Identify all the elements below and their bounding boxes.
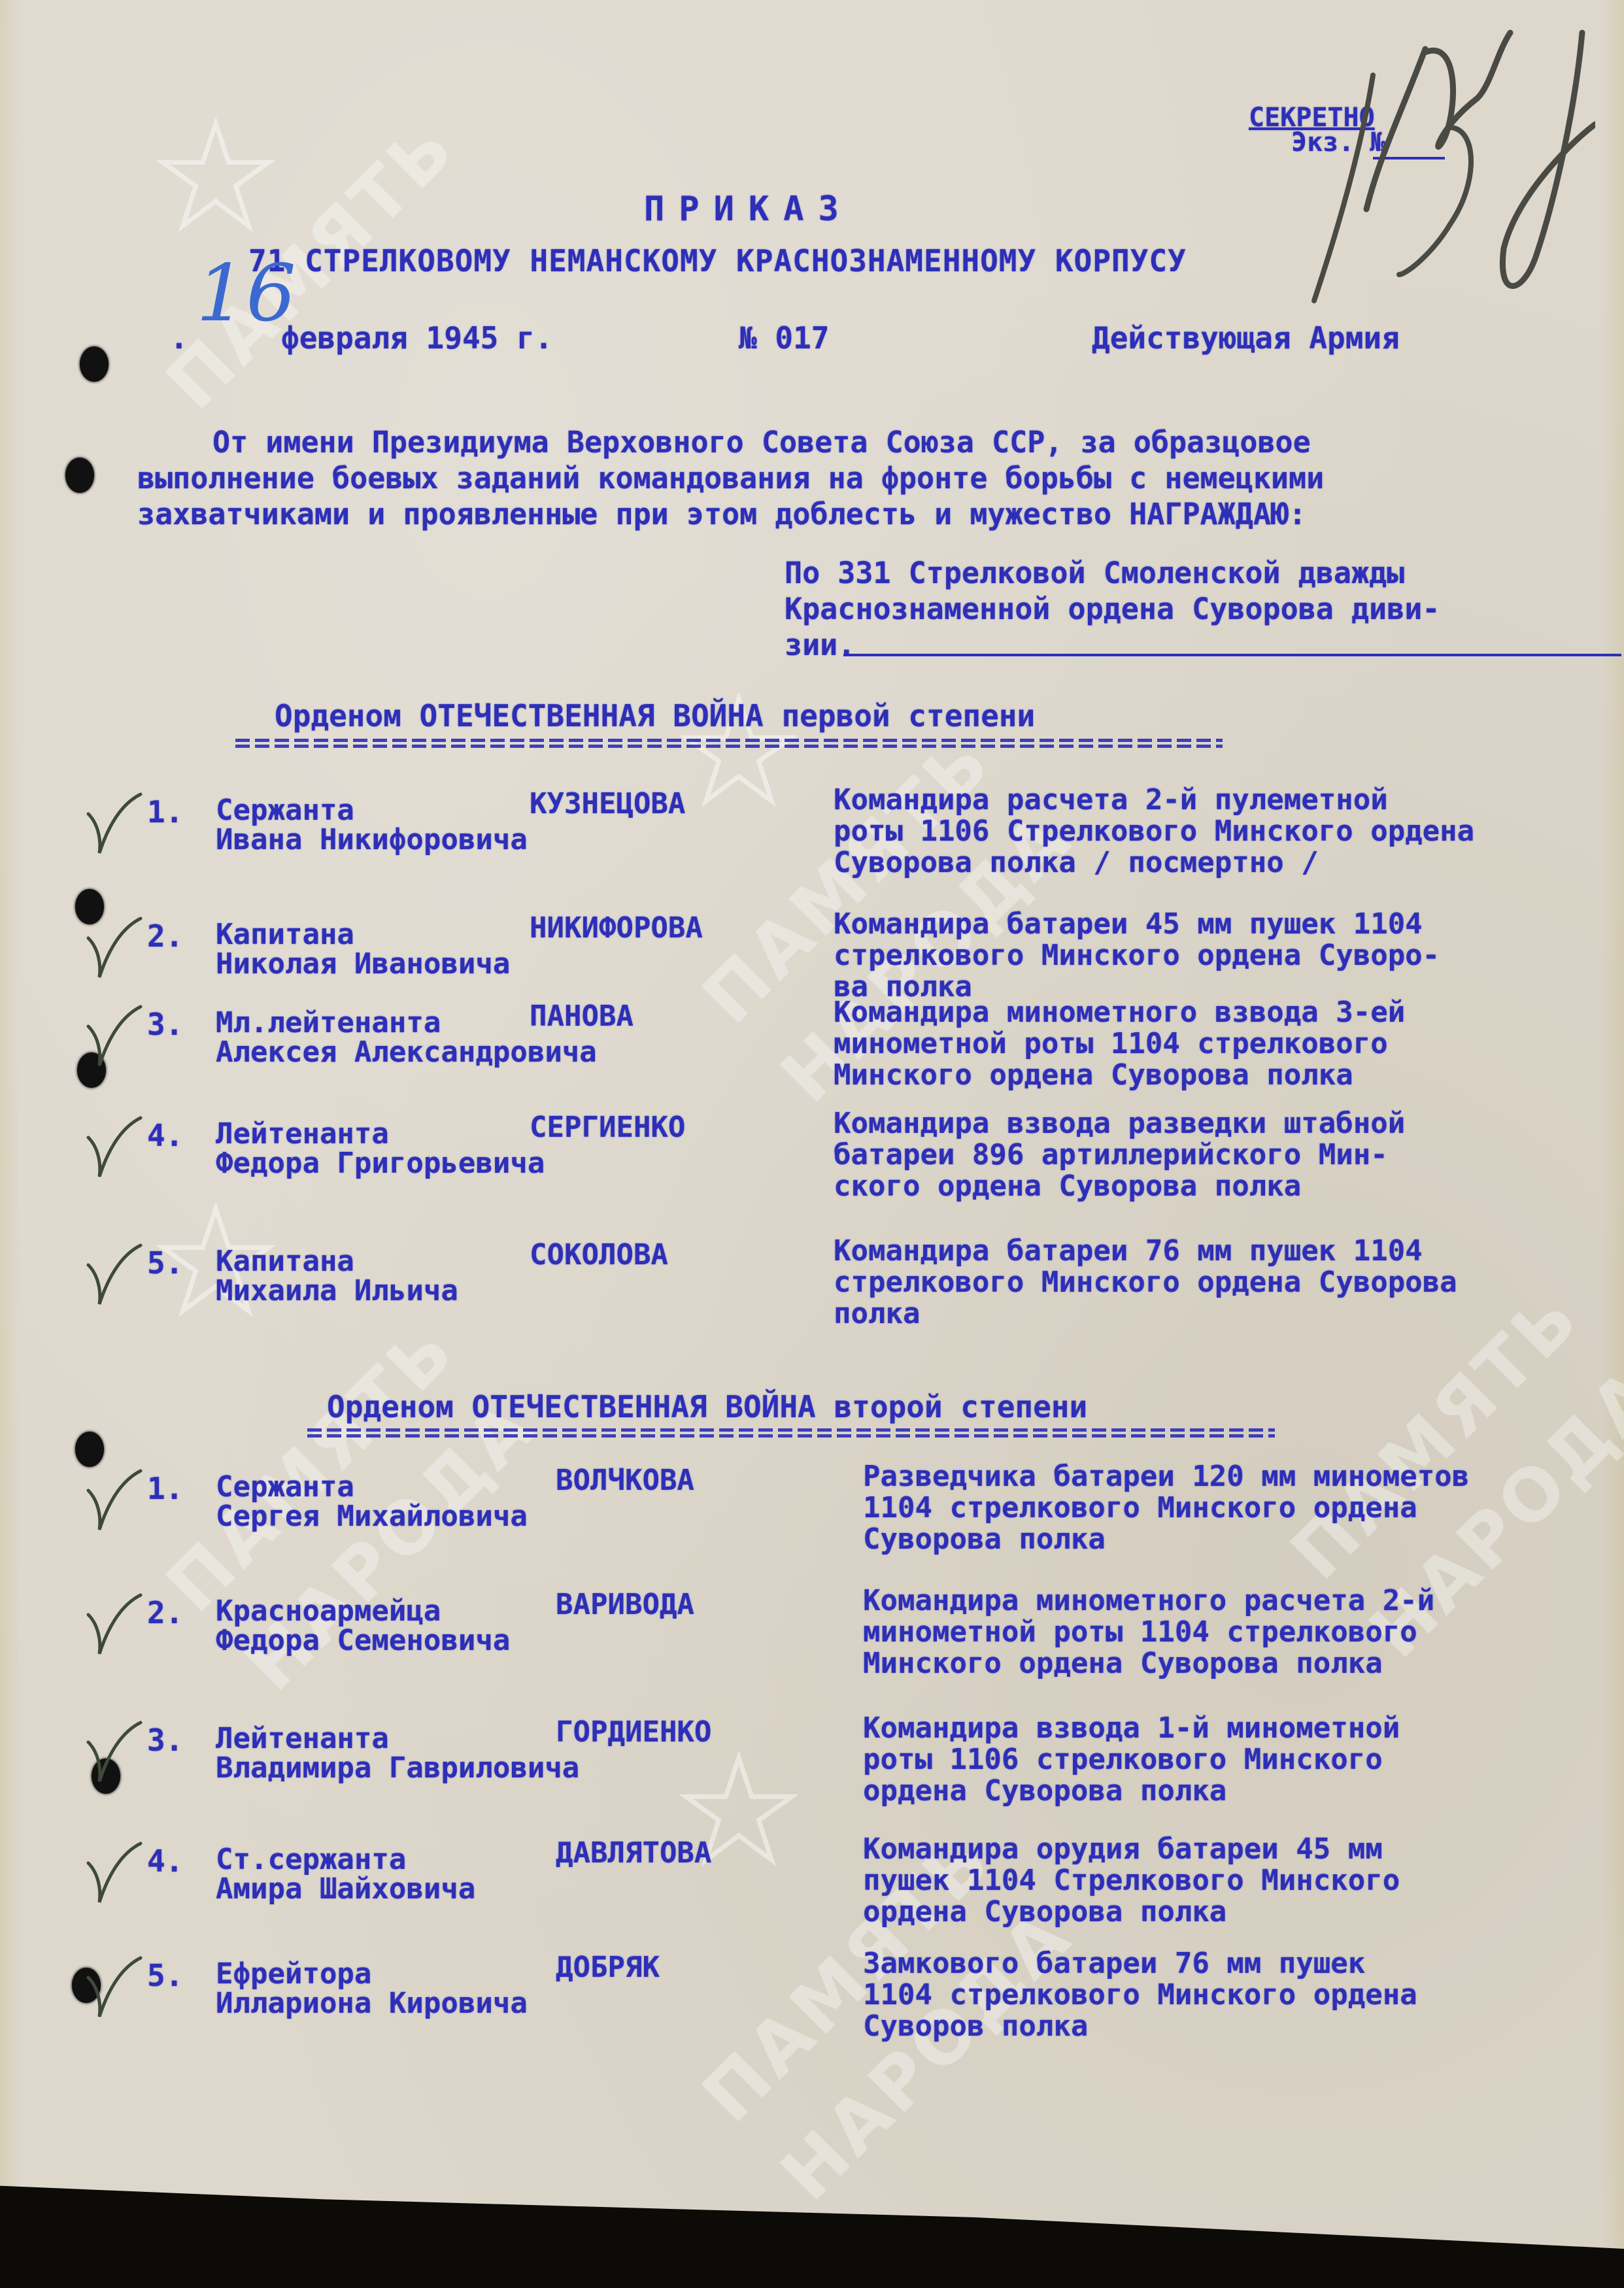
entry-position-line: Минского ордена Суворова полка — [834, 1060, 1353, 1091]
entry-rank: Капитана — [216, 1245, 354, 1278]
section-divider — [307, 1428, 1275, 1438]
entry-number: 2. — [147, 918, 183, 954]
entry-position-line: Замкового батареи 76 мм пушек — [863, 1948, 1365, 1979]
entry-number: 4. — [147, 1843, 183, 1879]
watermark-star-icon — [157, 118, 275, 235]
checkmark-icon — [85, 1951, 144, 2023]
division-heading-line: По 331 Стрелковой Смоленской дважды — [785, 556, 1404, 591]
document-title: ПРИКАЗ — [644, 190, 853, 229]
preamble-line: От имени Президиума Верховного Совета Со… — [212, 425, 1311, 460]
entry-number: 1. — [147, 794, 183, 830]
entry-given-names: Владимира Гавриловича — [216, 1752, 579, 1785]
checkmark-icon — [85, 1000, 144, 1072]
entry-given-names: Сергея Михайловича — [216, 1500, 528, 1533]
entry-number: 1. — [147, 1471, 183, 1506]
entry-position-line: Командира батареи 45 мм пушек 1104 — [834, 909, 1423, 940]
entry-position-line: 1104 стрелкового Минского ордена — [863, 1492, 1417, 1524]
entry-surname: ВАРИВОДА — [556, 1589, 694, 1621]
document-page: ПАМЯТЬ ПАМЯТЬ НАРОДА ПАМЯТЬ НАРОДА ПАМЯТ… — [0, 0, 1624, 2249]
entry-position-line: Минского ордена Суворова полка — [863, 1648, 1383, 1679]
entry-position-line: батареи 896 артиллерийского Мин- — [834, 1139, 1388, 1171]
entry-surname: ДАВЛЯТОВА — [556, 1837, 711, 1870]
entry-surname: ПАНОВА — [530, 1000, 634, 1033]
entry-number: 4. — [147, 1118, 183, 1153]
preamble-line: захватчиками и проявленные при этом добл… — [137, 497, 1306, 532]
checkmark-icon — [85, 1111, 144, 1183]
entry-given-names: Николая Ивановича — [216, 948, 510, 981]
division-heading-line: Краснознаменной ордена Суворова диви- — [785, 592, 1440, 627]
entry-position-line: Командира взвода 1-й минометной — [863, 1713, 1400, 1744]
checkmark-icon — [85, 1589, 144, 1660]
preamble-line: выполнение боевых заданий командования н… — [137, 461, 1324, 496]
entry-position-line: 1104 стрелкового Минского ордена — [863, 1979, 1417, 2011]
entry-position-line: Суворова полка — [863, 1524, 1106, 1555]
entry-number: 3. — [147, 1723, 183, 1758]
entry-rank: Сержанта — [216, 794, 354, 827]
entry-position-line: минометной роты 1104 стрелкового — [834, 1028, 1388, 1060]
entry-given-names: Амира Шайховича — [216, 1873, 475, 1906]
entry-position-line: Суворова полка / посмертно / — [834, 847, 1319, 879]
entry-position-line: стрелкового Минского ордена Суворо- — [834, 940, 1440, 971]
date-quote-open: . — [170, 320, 188, 356]
entry-position-line: Командира минометного взвода 3-ей — [834, 997, 1405, 1028]
section-divider — [235, 739, 1223, 748]
entry-position-line: стрелкового Минского ордена Суворова — [834, 1267, 1457, 1298]
punch-hole — [75, 1432, 104, 1467]
entry-position-line: Командира взвода разведки штабной — [834, 1108, 1405, 1139]
entry-rank: Сержанта — [216, 1471, 354, 1504]
entry-rank: Ефрейтора — [216, 1958, 371, 1991]
entry-given-names: Ивана Никифоровича — [216, 824, 528, 856]
division-heading-line: зии. — [785, 628, 855, 663]
entry-number: 3. — [147, 1007, 183, 1042]
entry-rank: Капитана — [216, 918, 354, 951]
punch-hole — [80, 346, 109, 382]
location: Действующая Армия — [1092, 320, 1400, 356]
entry-surname: ДОБРЯК — [556, 1951, 660, 1984]
checkmark-icon — [85, 1239, 144, 1311]
entry-given-names: Федора Семеновича — [216, 1624, 510, 1657]
section-title: Орденом ОТЕЧЕСТВЕННАЯ ВОЙНА второй степе… — [327, 1389, 1087, 1424]
checkmark-icon — [85, 788, 144, 860]
entry-position-line: роты 1106 стрелкового Минского — [863, 1744, 1383, 1775]
addressee: 71 СТРЕЛКОВОМУ НЕМАНСКОМУ КРАСНОЗНАМЕННО… — [248, 243, 1187, 278]
order-number: № 017 — [739, 320, 829, 356]
entry-rank: Мл.лейтенанта — [216, 1007, 441, 1039]
entry-position-line: Командира орудия батареи 45 мм — [863, 1834, 1383, 1865]
entry-position-line: ского ордена Суворова полка — [834, 1171, 1301, 1202]
entry-number: 5. — [147, 1245, 183, 1281]
entry-rank: Лейтенанта — [216, 1723, 389, 1755]
entry-position-line: Командира расчета 2-й пулеметной — [834, 784, 1388, 816]
date-text: февраля 1945 г. — [281, 320, 552, 356]
division-heading-underline — [843, 654, 1621, 656]
entry-surname: СЕРГИЕНКО — [530, 1111, 685, 1144]
entry-position-line: Командира батареи 76 мм пушек 1104 — [834, 1236, 1423, 1267]
section-title: Орденом ОТЕЧЕСТВЕННАЯ ВОЙНА первой степе… — [275, 698, 1035, 733]
entry-given-names: Михаила Ильича — [216, 1275, 458, 1307]
entry-position-line: полка — [834, 1298, 920, 1330]
entry-position-line: Разведчика батареи 120 мм минометов — [863, 1461, 1469, 1492]
entry-surname: ГОРДИЕНКО — [556, 1716, 711, 1749]
checkmark-icon — [85, 1464, 144, 1536]
entry-given-names: Федора Григорьевича — [216, 1147, 545, 1180]
entry-position-line: ордена Суворова полка — [863, 1896, 1226, 1928]
entry-rank: Ст.сержанта — [216, 1843, 406, 1876]
punch-hole — [65, 458, 94, 493]
entry-position-line: минометной роты 1104 стрелкового — [863, 1617, 1417, 1648]
entry-given-names: Иллариона Кировича — [216, 1987, 528, 2020]
checkmark-icon — [85, 912, 144, 984]
entry-position-line: Суворов полка — [863, 2011, 1088, 2042]
entry-number: 2. — [147, 1595, 183, 1630]
pencil-archive-number — [1294, 26, 1595, 314]
entry-position-line: Командира минометного расчета 2-й — [863, 1585, 1434, 1617]
entry-surname: ВОЛЧКОВА — [556, 1464, 694, 1497]
checkmark-icon — [85, 1716, 144, 1788]
entry-position-line: пушек 1104 Стрелкового Минского — [863, 1865, 1400, 1896]
entry-position-line: ордена Суворова полка — [863, 1775, 1226, 1807]
entry-given-names: Алексея Александровича — [216, 1036, 597, 1069]
entry-surname: НИКИФОРОВА — [530, 912, 703, 945]
entry-rank: Лейтенанта — [216, 1118, 389, 1151]
entry-position-line: роты 1106 Стрелкового Минского ордена — [834, 816, 1474, 847]
entry-rank: Красноармейца — [216, 1595, 441, 1628]
entry-number: 5. — [147, 1958, 183, 1993]
checkmark-icon — [85, 1837, 144, 1909]
entry-surname: СОКОЛОВА — [530, 1239, 668, 1271]
entry-surname: КУЗНЕЦОВА — [530, 788, 685, 820]
